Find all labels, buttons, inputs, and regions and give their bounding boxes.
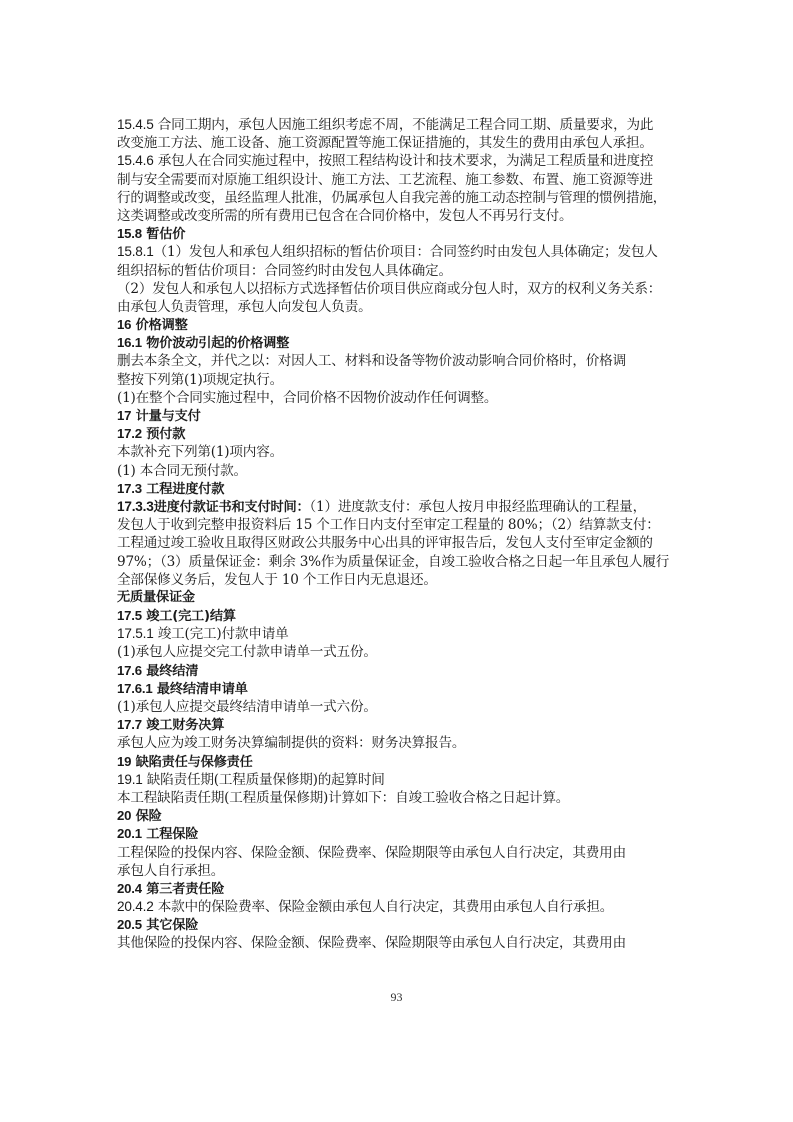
- paragraph-line: (1) 本合同无预付款。: [117, 462, 683, 480]
- line-text: 整按下列第(1)项规定执行。: [117, 372, 283, 388]
- clause-number: 17: [117, 408, 131, 423]
- section-heading: 19 缺陷责任与保修责任: [117, 753, 683, 771]
- clause-number: 15.8: [117, 226, 142, 241]
- line-text: 缺陷责任期(工程质量保修期)的起算时间: [143, 772, 385, 788]
- paragraph-line: 制与安全需要而对原施工组织设计、施工方法、工艺流程、施工参数、布置、施工资源等进: [117, 171, 683, 189]
- line-text: (1)承包人应提交完工付款申请单一式五份。: [117, 644, 377, 660]
- line-text: 全部保修义务后，发包人于 10 个工作日内无息退还。: [117, 572, 437, 588]
- clause-number: 15.4.6: [117, 153, 154, 168]
- paragraph-line: (1)承包人应提交完工付款申请单一式五份。: [117, 643, 683, 661]
- line-text: 承包人自行承担。: [117, 863, 224, 879]
- clause-number: 16.1: [117, 335, 142, 350]
- line-text: 行的调整或改变，虽经监理人批准，仍属承包人自我完善的施工动态控制与管理的惯例措施…: [117, 190, 666, 206]
- section-heading: 17 计量与支付: [117, 407, 683, 425]
- document-body: 15.4.5 合同工期内，承包人因施工组织考虑不周，不能满足工程合同工期、质量要…: [117, 116, 683, 953]
- clause-number: 17.3.3: [117, 499, 154, 514]
- clause-number: 17.5.1: [117, 626, 154, 641]
- paragraph-line: 15.4.6 承包人在合同实施过程中，按照工程结构设计和技术要求，为满足工程质量…: [117, 152, 683, 170]
- clause-number: 17.3: [117, 481, 142, 496]
- line-text: 由承包人负责管理，承包人向发包人负责。: [117, 299, 371, 315]
- clause-number: 17.6.1: [117, 681, 152, 696]
- line-text: 制与安全需要而对原施工组织设计、施工方法、工艺流程、施工参数、布置、施工资源等进: [117, 172, 653, 188]
- line-text: （1）进度款支付：承包人按月申报经监理确认的工程量，: [309, 499, 646, 515]
- clause-number: 16: [117, 317, 131, 332]
- section-heading: 17.6 最终结清: [117, 662, 683, 680]
- line-text: (1) 本合同无预付款。: [117, 463, 247, 479]
- section-heading: 16 价格调整: [117, 316, 683, 334]
- line-text: 这类调整或改变所需的所有费用已包含在合同价格中，发包人不再另行支付。: [117, 208, 572, 224]
- line-text: （2）发包人和承包人以招标方式选择暂估价项目供应商或分包人时，双方的权利义务关系…: [117, 281, 661, 297]
- clause-number: 17.5: [117, 608, 142, 623]
- section-heading: 20.1 工程保险: [117, 825, 683, 843]
- paragraph-line: 17.3.3进度付款证书和支付时间：（1）进度款支付：承包人按月申报经监理确认的…: [117, 498, 683, 516]
- section-heading: 17.6.1 最终结清申请单: [117, 680, 683, 698]
- line-text: 预付款: [142, 427, 185, 442]
- clause-number: 15.8.1: [117, 244, 154, 259]
- paragraph-line: 这类调整或改变所需的所有费用已包含在合同价格中，发包人不再另行支付。: [117, 207, 683, 225]
- line-text: 工程进度付款: [142, 482, 224, 497]
- section-heading: 20 保险: [117, 807, 683, 825]
- clause-number: 20.4: [117, 881, 142, 896]
- paragraph-line: 本工程缺陷责任期(工程质量保修期)计算如下：自竣工验收合格之日起计算。: [117, 789, 683, 807]
- line-text: 承包人在合同实施过程中，按照工程结构设计和技术要求，为满足工程质量和进度控: [154, 153, 654, 169]
- line-text: (1)承包人应提交最终结清申请单一式六份。: [117, 699, 377, 715]
- paragraph-line: 工程通过竣工验收且取得区财政公共服务中心出具的评审报告后，发包人支付至审定金额的: [117, 534, 683, 552]
- paragraph-line: （2）发包人和承包人以招标方式选择暂估价项目供应商或分包人时，双方的权利义务关系…: [117, 280, 683, 298]
- paragraph-line: 整按下列第(1)项规定执行。: [117, 371, 683, 389]
- inline-bold-label: 进度付款证书和支付时间：: [154, 500, 310, 515]
- line-text: 本款中的保险费率、保险金额由承包人自行决定，其费用由承包人自行承担。: [154, 899, 614, 915]
- line-text: 最终结清: [142, 664, 198, 679]
- clause-number: 20.5: [117, 917, 142, 932]
- line-text: 其它保险: [142, 918, 198, 933]
- paragraph-line: 97%；（3）质量保证金：剩余 3%作为质量保证金，自竣工验收合格之日起一年且承…: [117, 553, 683, 571]
- line-text: 组织招标的暂估价项目：合同签约时由发包人具体确定。: [117, 263, 452, 279]
- paragraph-line: 承包人自行承担。: [117, 862, 683, 880]
- line-text: 工程保险: [142, 827, 198, 842]
- line-text: 物价波动引起的价格调整: [142, 336, 289, 351]
- paragraph-line: 15.8.1（1）发包人和承包人组织招标的暂估价项目：合同签约时由发包人具体确定…: [117, 243, 683, 261]
- line-text: 竣工(完工)付款申请单: [154, 626, 289, 642]
- line-text: 改变施工方法、施工设备、施工资源配置等施工保证措施的，其发生的费用由承包人承担。: [117, 135, 653, 151]
- section-heading: 17.3 工程进度付款: [117, 480, 683, 498]
- line-text: 缺陷责任与保修责任: [131, 755, 252, 770]
- paragraph-line: 全部保修义务后，发包人于 10 个工作日内无息退还。: [117, 571, 683, 589]
- paragraph-line: 行的调整或改变，虽经监理人批准，仍属承包人自我完善的施工动态控制与管理的惯例措施…: [117, 189, 683, 207]
- line-text: 工程保险的投保内容、保险金额、保险费率、保险期限等由承包人自行决定，其费用由: [117, 845, 626, 861]
- clause-number: 17.2: [117, 426, 142, 441]
- paragraph-line: 删去本条全文，并代之以：对因人工、材料和设备等物价波动影响合同价格时，价格调: [117, 352, 683, 370]
- paragraph-line: (1)承包人应提交最终结清申请单一式六份。: [117, 698, 683, 716]
- line-text: 97%；（3）质量保证金：剩余 3%作为质量保证金，自竣工验收合格之日起一年且承…: [117, 554, 669, 570]
- clause-number: 20.1: [117, 826, 142, 841]
- paragraph-line: 改变施工方法、施工设备、施工资源配置等施工保证措施的，其发生的费用由承包人承担。: [117, 134, 683, 152]
- line-text: 第三者责任险: [142, 882, 224, 897]
- line-text: （1）发包人和承包人组织招标的暂估价项目：合同签约时由发包人具体确定；发包人: [154, 244, 658, 260]
- line-text: (1)在整个合同实施过程中，合同价格不因物价波动作任何调整。: [117, 390, 497, 406]
- paragraph-line: 工程保险的投保内容、保险金额、保险费率、保险期限等由承包人自行决定，其费用由: [117, 844, 683, 862]
- line-text: 承包人应为竣工财务决算编制提供的资料：财务决算报告。: [117, 735, 465, 751]
- line-text: 价格调整: [131, 318, 187, 333]
- line-text: 保险: [131, 809, 161, 824]
- paragraph-line: 本款补充下列第(1)项内容。: [117, 443, 683, 461]
- clause-number: 20: [117, 808, 131, 823]
- paragraph-line: 19.1 缺陷责任期(工程质量保修期)的起算时间: [117, 771, 683, 789]
- paragraph-line: 15.4.5 合同工期内，承包人因施工组织考虑不周，不能满足工程合同工期、质量要…: [117, 116, 683, 134]
- paragraph-line: 组织招标的暂估价项目：合同签约时由发包人具体确定。: [117, 262, 683, 280]
- section-heading: 17.7 竣工财务决算: [117, 716, 683, 734]
- line-text: 竣工财务决算: [142, 718, 224, 733]
- line-text: 本款补充下列第(1)项内容。: [117, 444, 283, 460]
- section-heading: 20.5 其它保险: [117, 916, 683, 934]
- line-text: 删去本条全文，并代之以：对因人工、材料和设备等物价波动影响合同价格时，价格调: [117, 353, 626, 369]
- clause-number: 15.4.5: [117, 117, 154, 132]
- section-heading: 17.2 预付款: [117, 425, 683, 443]
- paragraph-line: (1)在整个合同实施过程中，合同价格不因物价波动作任何调整。: [117, 389, 683, 407]
- section-heading: 15.8 暂估价: [117, 225, 683, 243]
- paragraph-line: 发包人于收到完整申报资料后 15 个工作日内支付至审定工程量的 80%；（2）结…: [117, 516, 683, 534]
- page-number: 93: [0, 990, 793, 1005]
- line-text: 工程通过竣工验收且取得区财政公共服务中心出具的评审报告后，发包人支付至审定金额的: [117, 535, 653, 551]
- line-text: 发包人于收到完整申报资料后 15 个工作日内支付至审定工程量的 80%；（2）结…: [117, 517, 660, 533]
- clause-number: 17.7: [117, 717, 142, 732]
- line-text: 本工程缺陷责任期(工程质量保修期)计算如下：自竣工验收合格之日起计算。: [117, 790, 569, 806]
- paragraph-line: 17.5.1 竣工(完工)付款申请单: [117, 625, 683, 643]
- clause-number: 17.6: [117, 663, 142, 678]
- line-text: 合同工期内，承包人因施工组织考虑不周，不能满足工程合同工期、质量要求，为此: [154, 117, 654, 133]
- line-text: 竣工(完工)结算: [142, 609, 236, 624]
- line-text: 无质量保证金: [117, 590, 195, 605]
- clause-number: 19: [117, 754, 131, 769]
- paragraph-line: 20.4.2 本款中的保险费率、保险金额由承包人自行决定，其费用由承包人自行承担…: [117, 898, 683, 916]
- section-heading: 16.1 物价波动引起的价格调整: [117, 334, 683, 352]
- clause-number: 19.1: [117, 772, 143, 787]
- section-heading: 无质量保证金: [117, 589, 683, 607]
- section-heading: 20.4 第三者责任险: [117, 880, 683, 898]
- line-text: 最终结清申请单: [152, 682, 247, 697]
- paragraph-line: 其他保险的投保内容、保险金额、保险费率、保险期限等由承包人自行决定，其费用由: [117, 934, 683, 952]
- paragraph-line: 由承包人负责管理，承包人向发包人负责。: [117, 298, 683, 316]
- line-text: 其他保险的投保内容、保险金额、保险费率、保险期限等由承包人自行决定，其费用由: [117, 935, 626, 951]
- paragraph-line: 承包人应为竣工财务决算编制提供的资料：财务决算报告。: [117, 734, 683, 752]
- line-text: 暂估价: [142, 227, 185, 242]
- clause-number: 20.4.2: [117, 899, 154, 914]
- line-text: 计量与支付: [131, 409, 200, 424]
- section-heading: 17.5 竣工(完工)结算: [117, 607, 683, 625]
